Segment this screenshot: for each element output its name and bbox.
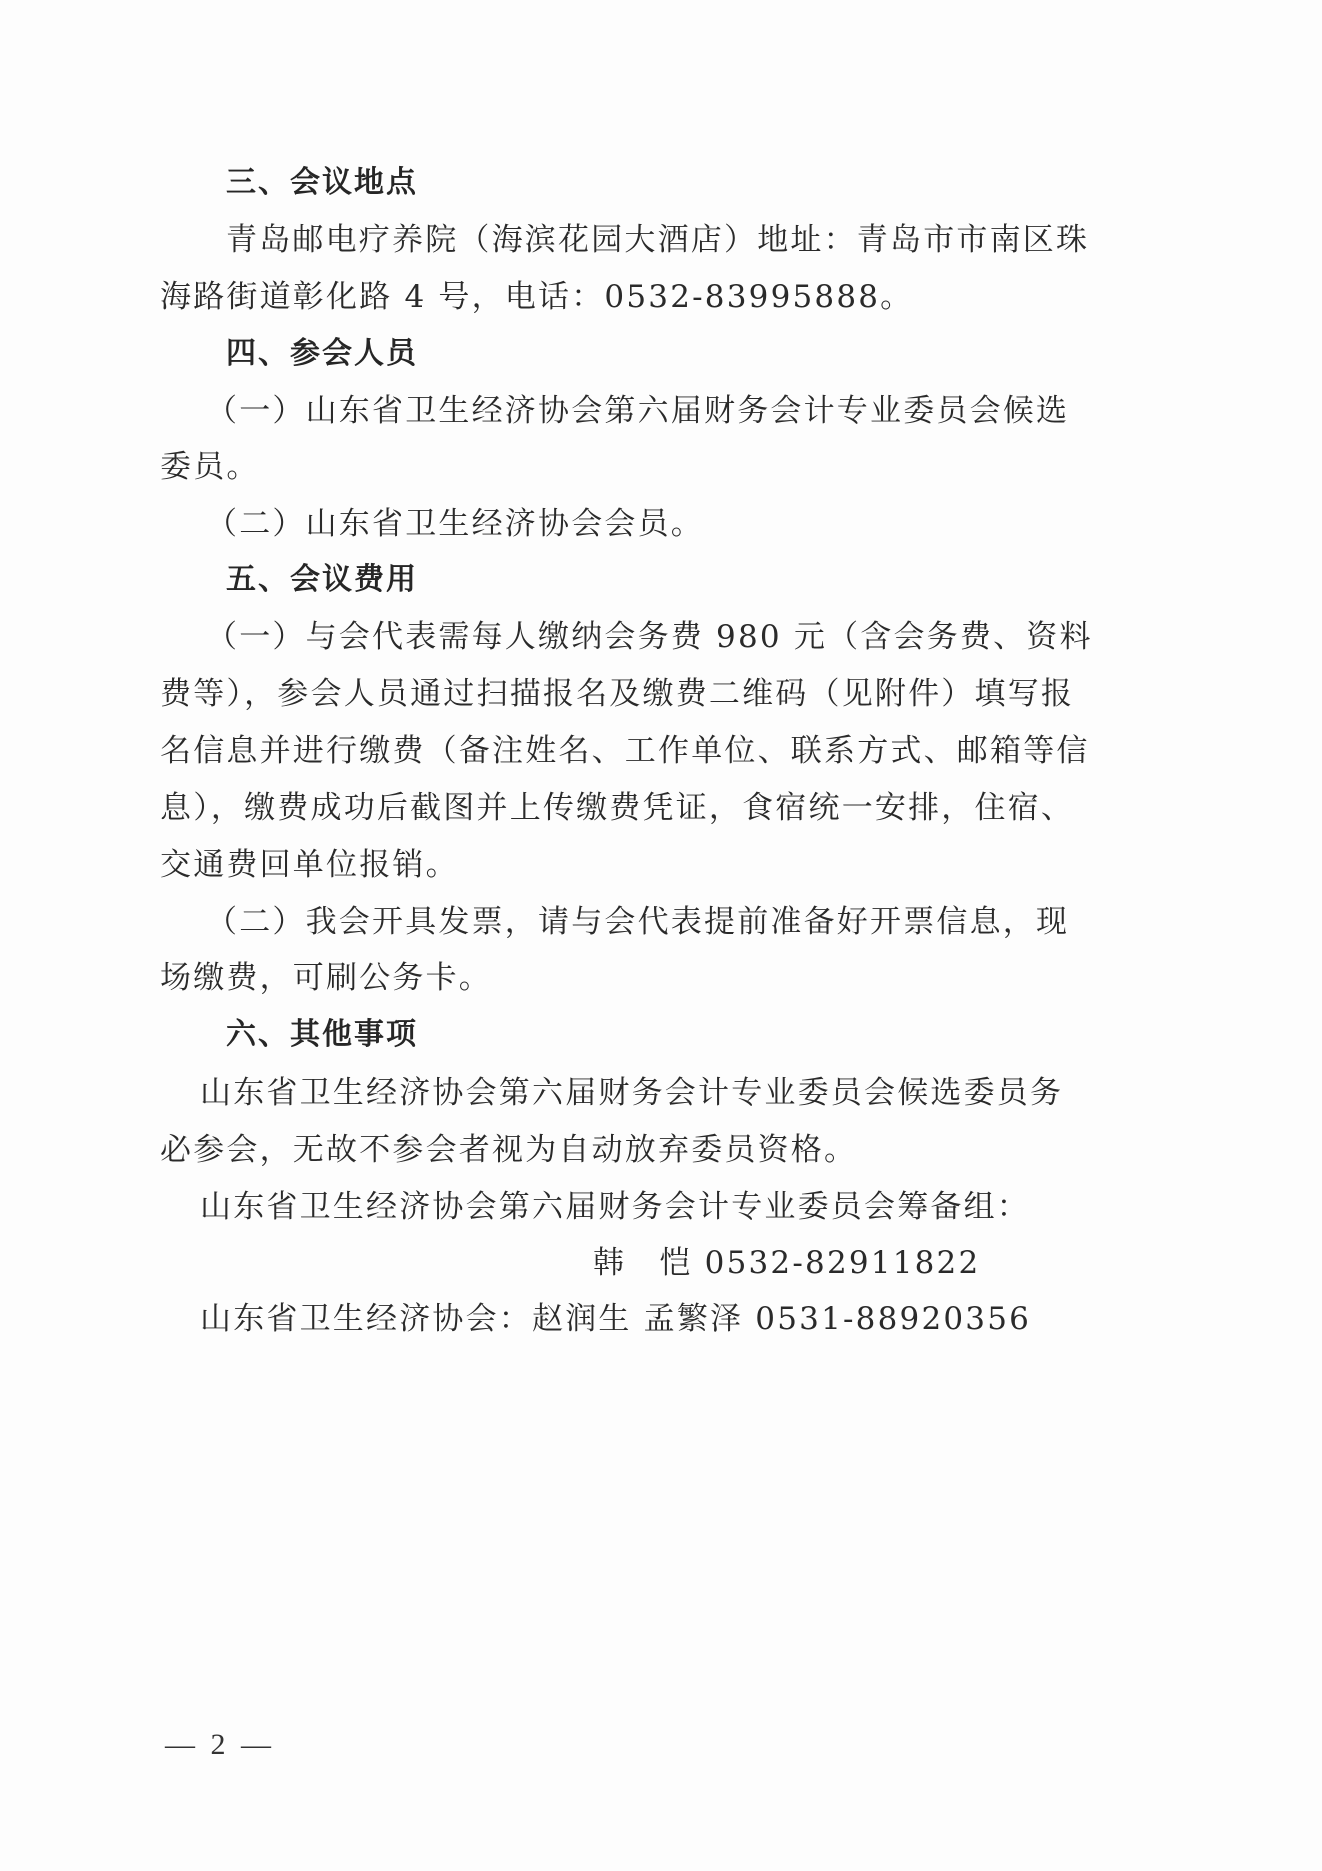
paragraph-line: 息），缴费成功后截图并上传缴费凭证，食宿统一安排，住宿、 — [160, 788, 1170, 828]
paragraph-line: 场缴费，可刷公务卡。 — [160, 958, 1170, 998]
contact-association: 山东省卫生经济协会：赵润生 孟繁泽 0531-88920356 — [200, 1299, 1210, 1339]
paragraph-line: 青岛邮电疗养院（海滨花园大酒店）地址：青岛市市南区珠 — [226, 220, 1236, 260]
contact-person-han: 韩 恺 0532-82911822 — [593, 1243, 1322, 1283]
document-page: 三、会议地点 青岛邮电疗养院（海滨花园大酒店）地址：青岛市市南区珠 海路街道彰化… — [0, 0, 1322, 1871]
section-heading-fees: 五、会议费用 — [226, 560, 1236, 600]
paragraph-line: 海路街道彰化路 4 号，电话：0532-83995888。 — [160, 277, 1170, 317]
section-heading-other-matters: 六、其他事项 — [226, 1015, 1236, 1055]
paragraph-line: 必参会，无故不参会者视为自动放弃委员资格。 — [160, 1130, 1170, 1170]
contact-organizer-label: 山东省卫生经济协会第六届财务会计专业委员会筹备组： — [200, 1187, 1210, 1227]
paragraph-line: （一）与会代表需每人缴纳会务费 980 元（含会务费、资料 — [206, 617, 1216, 657]
paragraph-line: 名信息并进行缴费（备注姓名、工作单位、联系方式、邮箱等信 — [160, 731, 1170, 771]
paragraph-line: 山东省卫生经济协会第六届财务会计专业委员会候选委员务 — [200, 1073, 1210, 1113]
section-heading-venue: 三、会议地点 — [226, 163, 1236, 203]
paragraph-line: （一）山东省卫生经济协会第六届财务会计专业委员会候选 — [206, 391, 1216, 431]
section-heading-attendees: 四、参会人员 — [226, 334, 1236, 374]
paragraph-line: 委员。 — [160, 447, 1170, 487]
paragraph-line: （二）山东省卫生经济协会会员。 — [206, 504, 1216, 544]
paragraph-line: （二）我会开具发票，请与会代表提前准备好开票信息，现 — [206, 902, 1216, 942]
page-number: — 2 — — [165, 1728, 275, 1762]
paragraph-line: 费等），参会人员通过扫描报名及缴费二维码（见附件）填写报 — [160, 674, 1170, 714]
paragraph-line: 交通费回单位报销。 — [160, 845, 1170, 885]
